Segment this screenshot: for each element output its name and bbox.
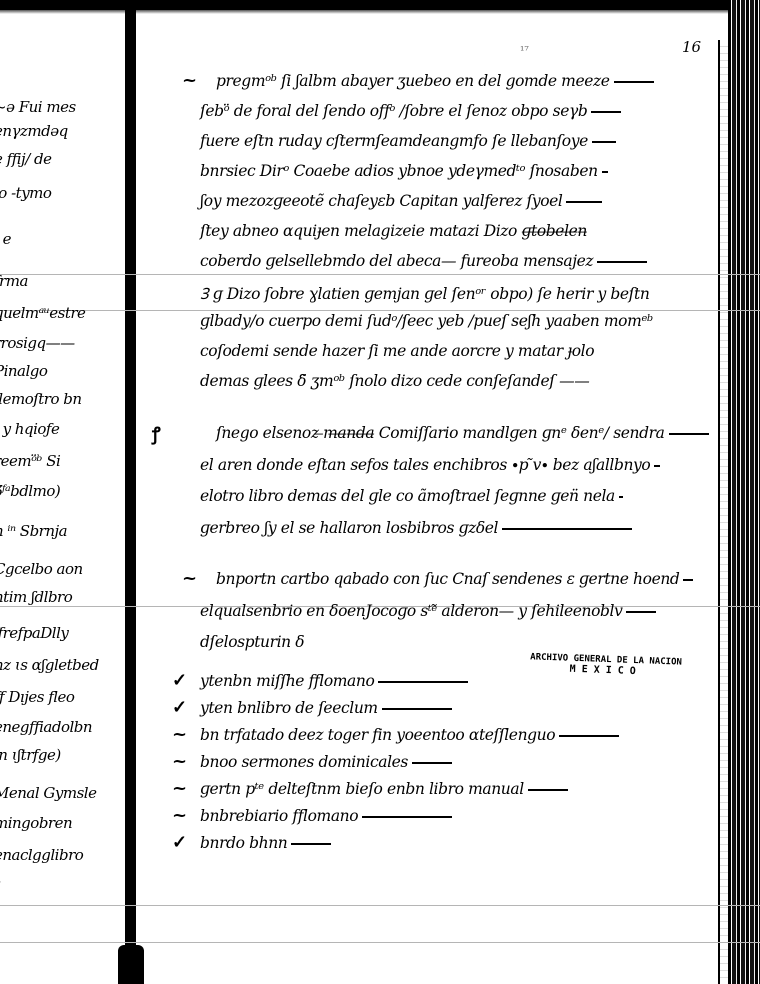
line-filler-stroke — [592, 141, 616, 143]
manuscript-line: bnoo sermones dominicales — [200, 753, 452, 771]
manuscript-text: fuere eſtn ruday cſtermſeamdeangmfo ſe l… — [200, 132, 588, 150]
line-filler-stroke — [528, 789, 568, 791]
manuscript-text: Ꝫ ɡ Dizo ſobre ɣlatien ɡemjan ɡel ſenᵒʳ … — [200, 285, 649, 303]
line-filler-stroke — [597, 261, 647, 263]
left-page-line: enγzmdəq — [0, 122, 68, 140]
manuscript-text: ytenbn miſſhe fflomano — [200, 672, 374, 690]
line-filler-stroke — [378, 681, 468, 683]
line-filler-stroke — [654, 465, 660, 467]
manuscript-line: demas ɡlees δ̃ ʒmᵒᵇ ſnolo dizo cede conſ… — [200, 372, 589, 390]
left-page-line: ~ə Fui mes — [0, 98, 76, 116]
manuscript-line: bnportn cartbo qabado con ſuc Cnaſ sende… — [216, 570, 693, 588]
left-page-line: l y hqioƒe — [0, 420, 59, 438]
left-page-line: Ʒᶠᵃbdlmo) — [0, 482, 60, 500]
manuscript-line: ytenbn miſſhe fflomano — [200, 672, 468, 690]
manuscript-text: bn trfatado deez toger fin yoeentoo ɑteſ… — [200, 726, 555, 744]
manuscript-text: coberdo ɡelsellebmdo del abeca— fureoba … — [200, 252, 593, 270]
manuscript-line: ɡertn pᵗᵉ delteſtnm bieſo enbn libro man… — [200, 780, 568, 798]
line-filler-stroke — [626, 611, 656, 613]
left-page-line: Menal Gymsle — [0, 784, 96, 802]
margin-mark-icon: ~ — [172, 724, 187, 745]
left-page-line: Cgcelbo aon — [0, 560, 83, 578]
scan-rule — [0, 310, 760, 311]
manuscript-line: pregmᵒᵇ ſi ʃalbm abayer ʒuebeo en del go… — [216, 72, 654, 90]
manuscript-line: ſebᵒ̈ de foral del ſendo offᵒ /ſobre el … — [200, 102, 621, 120]
manuscript-text: bnrsiec Dirᵒ Coaebe adios ybnoe ydeγmedᵗ… — [200, 162, 598, 180]
left-page-line: in ɩʃtrfge) — [0, 746, 61, 764]
left-page-line: Pinalgo — [0, 362, 47, 380]
manuscript-text: dſelospturin δ — [200, 633, 304, 651]
line-filler-stroke — [614, 81, 654, 83]
left-page-line: mingobren — [0, 814, 72, 832]
left-page-line: llemoſtro bn — [0, 390, 82, 408]
margin-mark-icon: ✓ — [172, 832, 187, 853]
manuscript-text: coſodemi sende hazer ſi me ande aorcre y… — [200, 342, 594, 360]
left-page-line: reemᵒ̈ᵇ Si — [0, 452, 60, 470]
manuscript-line: Ꝫ ɡ Dizo ſobre ɣlatien ɡemjan ɡel ſenᵒʳ … — [200, 282, 649, 304]
left-page-line: lo ‑tymo — [0, 184, 51, 202]
line-filler-stroke — [382, 708, 452, 710]
manuscript-text: bnrdo bhnn — [200, 834, 287, 852]
folio-faint-mark: ¹⁷ — [520, 44, 529, 57]
page-top-edge — [0, 0, 760, 10]
manuscript-line: bn trfatado deez toger fin yoeentoo ɑteſ… — [200, 726, 619, 744]
manuscript-text: ſebᵒ̈ de foral del ſendo offᵒ /ſobre el … — [200, 102, 587, 120]
manuscript-line: ʃoy mezozɡeeotẽ chaſeyɛb Capitan yalfere… — [200, 192, 602, 210]
archive-stamp: ARCHIVO GENERAL DE LA NACION MEXICO — [530, 652, 682, 678]
manuscript-text: demas ɡlees δ̃ ʒmᵒᵇ ſnolo dizo cede conſ… — [200, 372, 589, 390]
manuscript-line: elqualsenbrio en δoenJocoɡo sᵗᵉ̃ alderon… — [200, 602, 656, 620]
left-page-line: enegffiadolbn — [0, 718, 92, 736]
left-page-line: ʃfrefpaDlly — [0, 624, 68, 642]
manuscript-text: bnportn cartbo qabado con ſuc Cnaſ sende… — [216, 570, 679, 588]
left-page-line: frma — [0, 272, 28, 290]
manuscript-line: bnbrebiario fflomano — [200, 807, 452, 825]
margin-mark-icon: ~ — [172, 805, 187, 826]
manuscript-line: yten bnlibro de ſeeclum — [200, 699, 452, 717]
left-page-line: enaclgglibro — [0, 846, 83, 864]
line-filler-stroke — [683, 579, 693, 581]
manuscript-line: ſnego elsenoz ̶m̶a̶n̶d̶a̶ Comiſſario man… — [216, 424, 709, 442]
line-filler-stroke — [502, 528, 632, 530]
manuscript-line: coſodemi sende hazer ſi me ande aorcre y… — [200, 342, 594, 360]
scan-rule — [0, 942, 760, 943]
manuscript-text: elqualsenbrio en δoenJocoɡo sᵗᵉ̃ alderon… — [200, 602, 622, 620]
manuscript-text: yten bnlibro de ſeeclum — [200, 699, 378, 717]
book-gutter-foot — [118, 945, 144, 984]
left-page-line: ntim ʃdlbro — [0, 588, 72, 606]
manuscript-line: elotro libro demas del ɡle co ãmoſtrael … — [200, 487, 623, 505]
margin-mark-icon: ✓ — [172, 697, 187, 718]
left-page-line: ff Dıjes fleo — [0, 688, 74, 706]
manuscript-line: ſtey abneo ɑquiɟen melagizeie matazi Diz… — [200, 222, 587, 240]
left-page-line: n ⁱⁿ Sbrnja — [0, 522, 67, 540]
manuscript-line: ɡlbady/o cuerpo demi ſudᵒ/ſeec yeb /pueſ… — [200, 312, 653, 330]
line-filler-stroke — [412, 762, 452, 764]
page-right-edge-shadow — [728, 0, 760, 984]
line-filler-stroke — [291, 843, 331, 845]
manuscript-line: el aren donde eſtan sefos tales enchibro… — [200, 456, 660, 474]
line-filler-stroke — [559, 735, 619, 737]
left-page-line: ı e — [0, 230, 11, 248]
margin-mark-icon: ~ — [172, 751, 187, 772]
manuscript-text: ſtey abneo ɑquiɟen melagizeie matazi Diz… — [200, 222, 587, 240]
line-filler-stroke — [602, 171, 608, 173]
manuscript-line: fuere eſtn ruday cſtermſeamdeangmfo ſe l… — [200, 132, 616, 150]
line-filler-stroke — [591, 111, 621, 113]
manuscript-line: coberdo ɡelsellebmdo del abeca— fureoba … — [200, 252, 647, 270]
left-page-line: e ffij/ de — [0, 150, 52, 168]
scan-rule — [0, 905, 760, 906]
margin-mark-icon: ~ — [182, 568, 197, 589]
left-page-line: rrosigq—— — [0, 334, 75, 352]
left-page-line: nz ɩs ɑʃgletbed — [0, 656, 99, 674]
manuscript-text: ɡlbady/o cuerpo demi ſudᵒ/ſeec yeb /pueſ… — [200, 312, 653, 330]
manuscript-text: pregmᵒᵇ ſi ʃalbm abayer ʒuebeo en del go… — [216, 72, 610, 90]
scan-rule — [0, 274, 760, 275]
margin-mark-icon: ꝭ — [152, 422, 161, 446]
margin-mark-icon: ~ — [182, 70, 197, 91]
manuscript-text: elotro libro demas del ɡle co ãmoſtrael … — [200, 487, 615, 505]
manuscript-line: bnrdo bhnn — [200, 834, 331, 852]
manuscript-line: bnrsiec Dirᵒ Coaebe adios ybnoe ydeγmedᵗ… — [200, 162, 608, 180]
line-filler-stroke — [669, 433, 709, 435]
margin-mark-icon: ~ — [172, 778, 187, 799]
manuscript-line: ɡerbreo ʃy el se hallaron losbibros ɡzδe… — [200, 519, 632, 537]
manuscript-text: ɡertn pᵗᵉ delteſtnm bieſo enbn libro man… — [200, 780, 524, 798]
manuscript-text: el aren donde eſtan sefos tales enchibro… — [200, 456, 650, 474]
line-filler-stroke — [362, 816, 452, 818]
manuscript-text: ʃoy mezozɡeeotẽ chaſeyɛb Capitan yalfere… — [200, 192, 562, 210]
manuscript-text: bnoo sermones dominicales — [200, 753, 408, 771]
folio-number: 16 — [682, 38, 701, 56]
line-filler-stroke — [566, 201, 602, 203]
margin-mark-icon: ✓ — [172, 670, 187, 691]
left-page-line: quelmᵃᵘestre — [0, 304, 85, 322]
manuscript-text: bnbrebiario fflomano — [200, 807, 358, 825]
manuscript-text: ſnego elsenoz ̶m̶a̶n̶d̶a̶ Comiſſario man… — [216, 424, 665, 442]
line-filler-stroke — [619, 496, 623, 498]
manuscript-line: dſelospturin δ — [200, 633, 304, 651]
book-gutter — [125, 0, 136, 984]
manuscript-text: ɡerbreo ʃy el se hallaron losbibros ɡzδe… — [200, 519, 498, 537]
